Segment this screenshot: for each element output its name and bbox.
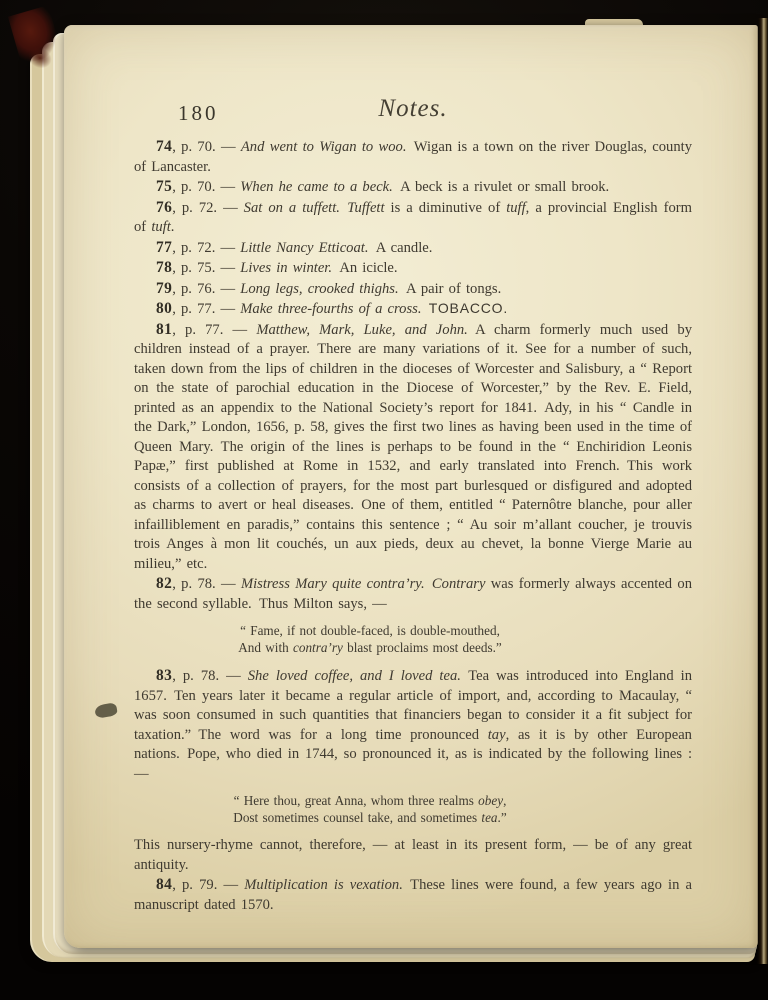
text-segment: 76 — [156, 199, 172, 216]
text-segment — [421, 301, 428, 317]
text-segment: Sat on a tuffett. — [244, 200, 340, 216]
text-segment: , p. 70. — — [172, 179, 240, 195]
text-segment: , p. 78. — — [172, 576, 241, 592]
text-segment: , p. 77. — — [172, 301, 240, 317]
text-segment: A candle. — [368, 240, 432, 256]
verse-line: Dost sometimes counsel take, and sometim… — [134, 809, 606, 826]
text-segment: , p. 78. — — [172, 668, 248, 684]
text-segment: obey — [478, 793, 503, 808]
note-entry: 76, p. 72. — Sat on a tuffett. Tuffett i… — [134, 198, 692, 238]
running-title: Notes. — [378, 95, 447, 123]
text-segment: And went to Wigan to woo. — [241, 139, 407, 155]
note-entry: 82, p. 78. — Mistress Mary quite contra’… — [134, 574, 692, 614]
fore-edge-strip — [757, 18, 768, 964]
text-segment — [425, 576, 432, 592]
note-entry: 77, p. 72. — Little Nancy Etticoat. A ca… — [134, 238, 692, 259]
text-segment: , p. 70. — — [172, 139, 241, 155]
note-entry: 81, p. 77. — Matthew, Mark, Luke, and Jo… — [134, 320, 692, 575]
text-segment: tea — [481, 810, 497, 825]
paragraph: This nursery-rhyme cannot, therefore, — … — [134, 836, 692, 875]
text-segment: , p. 77. — — [172, 322, 256, 338]
text-segment: , — [503, 793, 506, 808]
note-entry: 78, p. 75. — Lives in winter. An icicle. — [134, 258, 692, 279]
text-segment: contra’ry — [293, 640, 343, 655]
text-segment: tay — [488, 727, 506, 743]
verse-quote: “ Fame, if not double-faced, is double-m… — [134, 622, 606, 656]
text-segment: 81 — [156, 321, 172, 338]
text-segment: 77 — [156, 239, 172, 256]
note-entry: 80, p. 77. — Make three-fourths of a cro… — [134, 299, 692, 320]
text-segment: 82 — [156, 575, 172, 592]
text-segment: , p. 75. — — [172, 260, 240, 276]
note-entry: 83, p. 78. — She loved coffee, and I lov… — [134, 666, 692, 784]
text-segment: , p. 72. — — [172, 200, 243, 216]
note-entry: 75, p. 70. — When he came to a beck. A b… — [134, 177, 692, 198]
text-segment: Multiplication is vexation. — [244, 877, 403, 893]
text-segment: An icicle. — [332, 260, 398, 276]
text-segment: 74 — [156, 138, 172, 155]
verse-line: “ Here thou, great Anna, whom three real… — [134, 792, 606, 809]
text-segment: “ Fame, if not double-faced, is double-m… — [240, 623, 500, 638]
text-segment: 80 — [156, 300, 172, 317]
text-segment: Dost sometimes counsel take, and sometim… — [233, 810, 481, 825]
book-page: 180 Notes. 74, p. 70. — And went to Wiga… — [64, 25, 758, 948]
text-segment: 78 — [156, 259, 172, 276]
notes-area: 74, p. 70. — And went to Wigan to woo. W… — [134, 137, 692, 915]
text-segment: Make three-fourths of a cross. — [240, 301, 421, 317]
text-segment: 84 — [156, 876, 172, 893]
text-segment: blast proclaims most deeds.” — [343, 640, 502, 655]
note-entry: 84, p. 79. — Multiplication is vexation.… — [134, 875, 692, 915]
verse-line: “ Fame, if not double-faced, is double-m… — [134, 622, 606, 639]
text-segment: is a diminutive of — [385, 200, 507, 216]
text-segment: .” — [498, 810, 507, 825]
text-segment: She loved coffee, and I loved tea. — [248, 668, 461, 684]
text-segment: This nursery-rhyme cannot, therefore, — … — [134, 837, 692, 873]
text-segment: . — [171, 219, 175, 235]
text-segment: , p. 72. — — [172, 240, 240, 256]
text-segment: 83 — [156, 667, 172, 684]
page-header: 180 Notes. — [134, 99, 692, 129]
book-scan: 180 Notes. 74, p. 70. — And went to Wiga… — [0, 0, 768, 1000]
text-segment: Matthew, Mark, Luke, and John. — [256, 322, 468, 338]
page-number: 180 — [178, 101, 219, 126]
text-segment: A beck is a rivulet or small brook. — [393, 179, 609, 195]
text-column: 180 Notes. 74, p. 70. — And went to Wiga… — [134, 99, 692, 915]
text-segment: A pair of tongs. — [399, 281, 502, 297]
text-segment: A charm formerly much used by children i… — [134, 322, 692, 572]
note-entry: 79, p. 76. — Long legs, crooked thighs. … — [134, 279, 692, 300]
text-segment: And with — [238, 640, 293, 655]
text-segment: 79 — [156, 280, 172, 297]
note-entry: 74, p. 70. — And went to Wigan to woo. W… — [134, 137, 692, 177]
text-segment: TOBACCO. — [429, 300, 508, 316]
verse-line: And with contra’ry blast proclaims most … — [134, 639, 606, 656]
text-segment: tuff — [506, 200, 525, 216]
text-segment: Long legs, crooked thighs. — [240, 281, 398, 297]
text-segment: , p. 76. — — [172, 281, 240, 297]
text-segment: Tuffett — [347, 200, 384, 216]
text-segment: Mistress Mary quite contra’ry. — [241, 576, 425, 592]
text-segment: tuft — [151, 219, 170, 235]
text-segment: Little Nancy Etticoat. — [240, 240, 368, 256]
text-segment: Contrary — [432, 576, 486, 592]
verse-quote: “ Here thou, great Anna, whom three real… — [134, 792, 606, 826]
text-segment: 75 — [156, 178, 172, 195]
text-segment: , p. 79. — — [172, 877, 244, 893]
text-segment: When he came to a beck. — [240, 179, 393, 195]
text-segment: Lives in winter. — [240, 260, 332, 276]
text-segment: “ Here thou, great Anna, whom three real… — [234, 793, 479, 808]
